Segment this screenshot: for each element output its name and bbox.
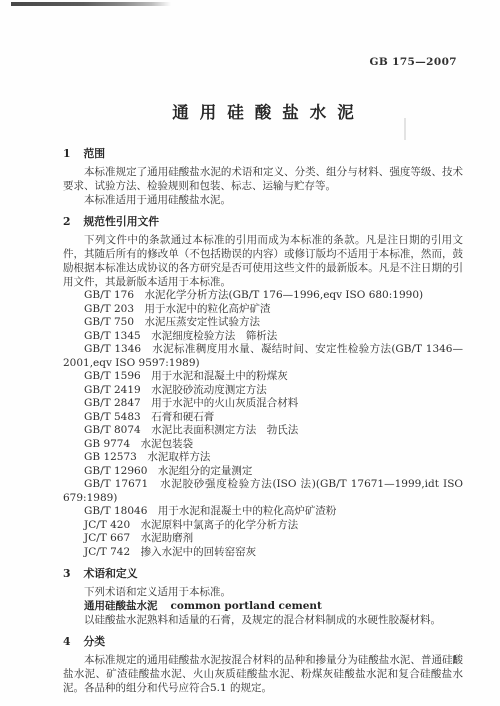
document-body: 1范围 本标准规定了通用硅酸盐水泥的术语和定义、分类、组分与材料、强度等级、技术…: [63, 146, 463, 695]
reference-item: GB/T 17671 水泥胶砂强度检验方法(ISO 法)(GB/T 17671—…: [63, 478, 463, 505]
section-heading-scope: 1范围: [63, 147, 463, 161]
reference-item: GB/T 18046 用于水泥和混凝土中的粒化高炉矿渣粉: [63, 505, 463, 519]
paragraph: 本标准适用于通用硅酸盐水泥。: [63, 193, 463, 207]
reference-item: GB 9774 水泥包装袋: [63, 438, 463, 452]
section-number: 4: [63, 635, 71, 649]
reference-item: GB/T 750 水泥压蒸安定性试验方法: [63, 316, 463, 330]
page-number: 1: [452, 655, 458, 666]
reference-item: GB/T 1596 用于水泥和混凝土中的粉煤灰: [63, 370, 463, 384]
term-chinese: 通用硅酸盐水泥: [84, 600, 158, 612]
reference-item: GB/T 176 水泥化学分析方法(GB/T 176—1996,eqv ISO …: [63, 289, 463, 303]
section-number: 1: [63, 147, 71, 161]
section-heading-terms-definitions: 3术语和定义: [63, 567, 463, 581]
term-english: common portland cement: [171, 600, 322, 612]
paragraph: 以硅酸盐水泥熟料和适量的石膏，及规定的混合材料制成的水硬性胶凝材料。: [63, 613, 463, 627]
section-heading-normative-references: 2规范性引用文件: [63, 215, 463, 229]
section-heading-classification: 4分类: [63, 635, 463, 649]
reference-item: JC/T 420 水泥原料中氯离子的化学分析方法: [63, 519, 463, 533]
standard-code: GB 175—2007: [369, 56, 457, 68]
section-title: 分类: [84, 635, 106, 648]
scan-edge-artifact: [11, 2, 171, 6]
reference-item: GB/T 2847 用于水泥中的火山灰质混合材料: [63, 397, 463, 411]
document-page: GB 175—2007 通用硅酸盐水泥 1范围 本标准规定了通用硅酸盐水泥的术语…: [0, 0, 500, 706]
section-number: 2: [63, 215, 71, 229]
reference-item: GB/T 1346 水泥标准稠度用水量、凝结时间、安定性检验方法(GB/T 13…: [63, 343, 463, 370]
reference-item: JC/T 742 掺入水泥中的回转窑窑灰: [63, 546, 463, 560]
section-title: 术语和定义: [84, 567, 138, 580]
section-title: 范围: [84, 147, 106, 160]
paragraph: 本标准规定的通用硅酸盐水泥按混合材料的品种和掺量分为硅酸盐水泥、普通硅酸盐水泥、…: [63, 653, 463, 695]
reference-item: GB/T 203 用于水泥中的粒化高炉矿渣: [63, 303, 463, 317]
paragraph: 本标准规定了通用硅酸盐水泥的术语和定义、分类、组分与材料、强度等级、技术要求、试…: [63, 165, 463, 193]
document-title: 通用硅酸盐水泥: [63, 99, 463, 123]
reference-item: GB/T 1345 水泥细度检验方法 筛析法: [63, 330, 463, 344]
term-definition-line: 通用硅酸盐水泥common portland cement: [63, 599, 463, 613]
paragraph: 下列术语和定义适用于本标准。: [63, 585, 463, 599]
reference-item: JC/T 667 水泥助磨剂: [63, 532, 463, 546]
paragraph: 下列文件中的条款通过本标准的引用而成为本标准的条款。凡是注日期的引用文件，其随后…: [63, 233, 463, 289]
section-title: 规范性引用文件: [84, 215, 160, 228]
reference-item: GB/T 12960 水泥组分的定量测定: [63, 465, 463, 479]
reference-item: GB/T 5483 石膏和硬石膏: [63, 411, 463, 425]
section-number: 3: [63, 567, 71, 581]
reference-item: GB 12573 水泥取样方法: [63, 451, 463, 465]
reference-item: GB/T 8074 水泥比表面积测定方法 勃氏法: [63, 424, 463, 438]
reference-item: GB/T 2419 水泥胶砂流动度测定方法: [63, 384, 463, 398]
